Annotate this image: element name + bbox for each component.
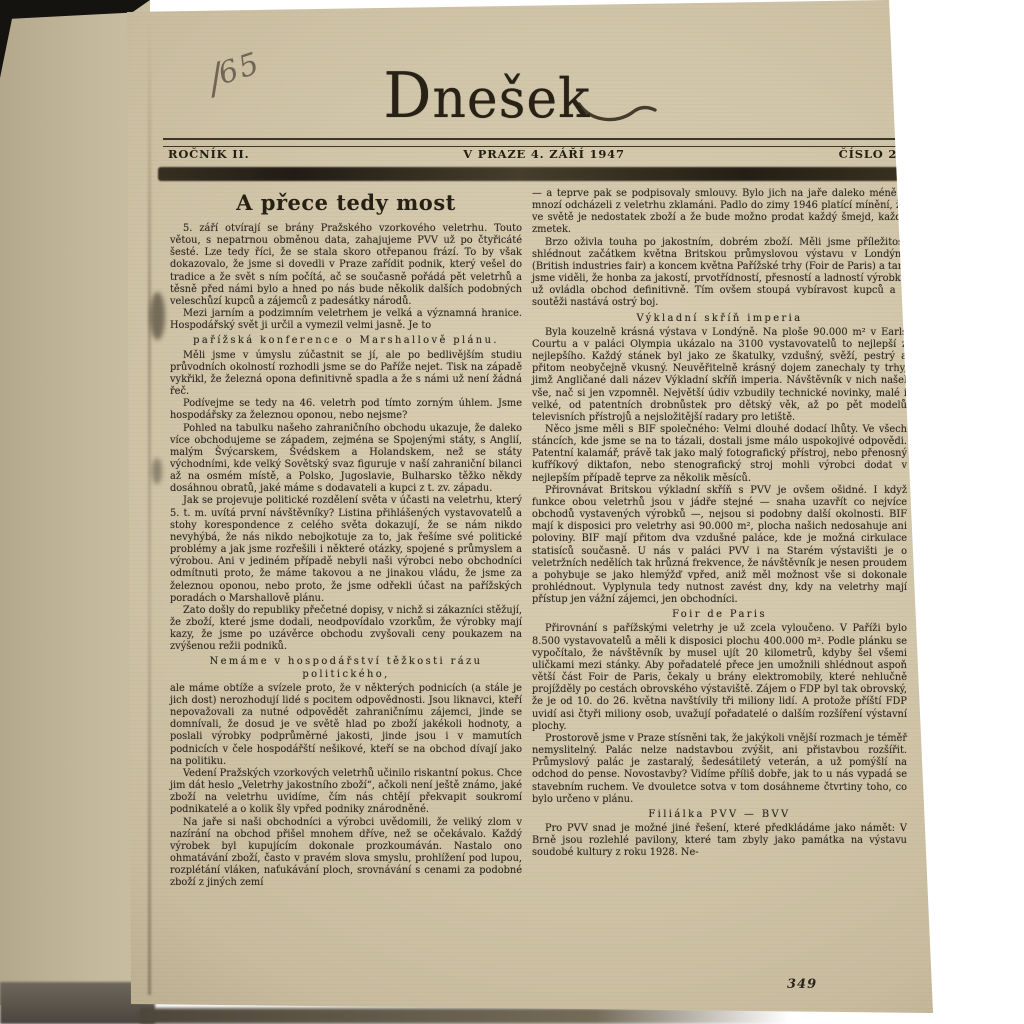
- backdrop-dark-bottom-edge: [140, 1008, 790, 1024]
- header-ink-band-rule: [158, 167, 912, 181]
- handwritten-mark: ∕65: [202, 43, 267, 103]
- article-paragraph: Brzo oživla touha po jakostním, dobrém z…: [532, 237, 907, 310]
- section-subheading: Foir de Paris: [532, 609, 907, 621]
- section-subheading: pařížská konference o Marshallově plánu.: [170, 335, 522, 347]
- article-right-blocks: — a teprve pak se podpisovaly smlouvy. B…: [532, 188, 907, 859]
- masthead-flourish-swash: [577, 100, 657, 126]
- ink-smudge: [150, 292, 165, 340]
- scanned-newspaper-photo: ∕65 Dnešek ROČNÍK II. V PRAZE 4. ZÁŘÍ 19…: [0, 0, 1024, 1024]
- section-subheading: Nemáme v hospodářství těžkosti rázu poli…: [170, 656, 522, 680]
- section-subheading: Filiálka PVV — BVV: [532, 809, 907, 821]
- article-paragraph: Jak se projevuje politické rozdělení svě…: [170, 495, 522, 604]
- article-column-right: — a teprve pak se podpisovaly smlouvy. B…: [532, 188, 907, 889]
- article-paragraph: ale máme obtíže a svízele proto, že v ně…: [170, 683, 522, 768]
- article-paragraph: Zato došly do republiky přečetné dopisy,…: [170, 605, 522, 654]
- article-paragraph: Přirovnání s pařížskými veletrhy je už z…: [532, 623, 907, 732]
- article-paragraph: Byla kouzelně krásná výstava v Londýně. …: [532, 327, 907, 424]
- masthead-rule: [163, 138, 907, 147]
- article-title: A přece tedy most: [170, 190, 522, 215]
- page-number: 349: [787, 977, 817, 992]
- ink-smudge: [152, 458, 162, 484]
- article-paragraph: Podívejme se tedy na 46. veletrh pod tím…: [170, 398, 522, 422]
- backdrop-table-edge: [0, 0, 150, 1005]
- issue-number-label: ČÍSLO 23: [839, 147, 906, 161]
- article-left-blocks: 5. září otvírají se brány Pražského vzor…: [170, 223, 522, 889]
- article-paragraph: Na jaře si naši obchodníci a výrobci uvě…: [170, 817, 522, 890]
- article-paragraph: Něco jsme měli s BIF společného: Velmi d…: [532, 424, 907, 485]
- article-paragraph: Pohled na tabulku našeho zahraničního ob…: [170, 423, 522, 496]
- article-paragraph: Pro PVV snad je možné jiné řešení, které…: [532, 823, 907, 859]
- newspaper-page: ∕65 Dnešek ROČNÍK II. V PRAZE 4. ZÁŘÍ 19…: [0, 0, 1024, 1024]
- dateline-label: V PRAZE 4. ZÁŘÍ 1947: [249, 147, 838, 161]
- volume-label: ROČNÍK II.: [168, 147, 249, 161]
- masthead-title: Dnešek: [383, 65, 590, 127]
- issue-info-row: ROČNÍK II. V PRAZE 4. ZÁŘÍ 1947 ČÍSLO 23: [168, 147, 906, 161]
- article-paragraph: Mezi jarním a podzimním veletrhem je vel…: [170, 308, 522, 332]
- paper-crease: [148, 20, 151, 995]
- article-paragraph: 5. září otvírají se brány Pražského vzor…: [170, 223, 522, 308]
- masthead: Dnešek: [287, 66, 687, 126]
- article-column-left: A přece tedy most 5. září otvírají se br…: [170, 188, 522, 889]
- handwritten-number: 65: [214, 46, 265, 92]
- article-body: A přece tedy most 5. září otvírají se br…: [170, 188, 907, 889]
- article-paragraph: Prostorově jsme v Praze stísněni tak, že…: [532, 733, 907, 806]
- section-subheading: Výkladní skříň imperia: [532, 313, 907, 325]
- article-paragraph: — a teprve pak se podpisovaly smlouvy. B…: [532, 188, 907, 237]
- article-paragraph: Měli jsme v úmyslu zúčastnit se jí, ale …: [170, 350, 522, 399]
- article-paragraph: Přirovnávat Britskou výkladní skříň s PV…: [532, 485, 907, 607]
- article-paragraph: Vedení Pražských vzorkových veletrhů uči…: [170, 768, 522, 817]
